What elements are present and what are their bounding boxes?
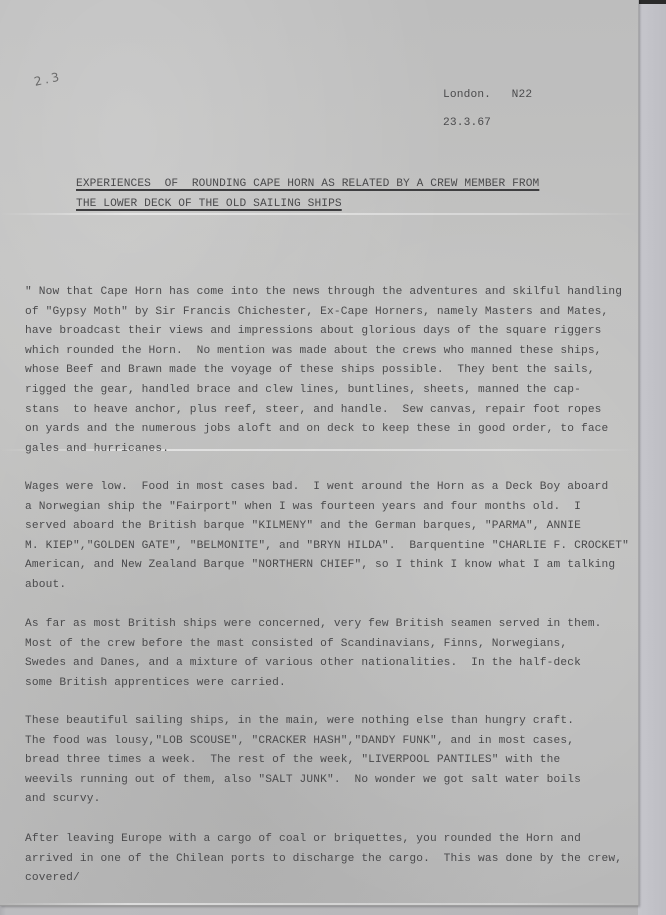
text-line: of "Gypsy Moth" by Sir Francis Chicheste… bbox=[25, 303, 615, 323]
title-line: THE LOWER DECK OF THE OLD SAILING SHIPS bbox=[76, 194, 539, 214]
text-line: some British apprentices were carried. bbox=[25, 674, 615, 694]
document-title: EXPERIENCES OF ROUNDING CAPE HORN AS REL… bbox=[76, 174, 539, 214]
text-line: Most of the crew before the mast consist… bbox=[25, 635, 615, 655]
text-line: After leaving Europe with a cargo of coa… bbox=[25, 830, 615, 850]
text-line: and scurvy. bbox=[25, 790, 615, 810]
text-line: about. bbox=[25, 576, 615, 596]
sender-location: London. N22 bbox=[443, 89, 532, 101]
paragraph-crew-nationalities: As far as most British ships were concer… bbox=[25, 615, 615, 693]
text-line: covered/ bbox=[25, 869, 615, 889]
text-line: bread three times a week. The rest of th… bbox=[25, 751, 615, 771]
text-line: American, and New Zealand Barque "NORTHE… bbox=[25, 556, 615, 576]
paragraph-intro: " Now that Cape Horn has come into the n… bbox=[25, 283, 615, 459]
scanner-corner-shadow bbox=[636, 0, 666, 4]
paragraph-food: These beautiful sailing ships, in the ma… bbox=[25, 712, 615, 810]
text-line: served aboard the British barque "KILMEN… bbox=[25, 517, 615, 537]
text-line: The food was lousy,"LOB SCOUSE", "CRACKE… bbox=[25, 732, 615, 752]
text-line: a Norwegian ship the "Fairport" when I w… bbox=[25, 498, 615, 518]
title-line: EXPERIENCES OF ROUNDING CAPE HORN AS REL… bbox=[76, 174, 539, 194]
scanner-bed-edge bbox=[638, 0, 666, 915]
paragraph-wages-and-ships: Wages were low. Food in most cases bad. … bbox=[25, 478, 615, 596]
text-line: have broadcast their views and impressio… bbox=[25, 322, 615, 342]
text-line: As far as most British ships were concer… bbox=[25, 615, 615, 635]
text-line: rigged the gear, handled brace and clew … bbox=[25, 381, 615, 401]
text-line: gales and hurricanes. bbox=[25, 440, 615, 460]
text-line: M. KIEP","GOLDEN GATE", "BELMONITE", and… bbox=[25, 537, 615, 557]
text-line: stans to heave anchor, plus reef, steer,… bbox=[25, 401, 615, 421]
text-line: These beautiful sailing ships, in the ma… bbox=[25, 712, 615, 732]
text-line: which rounded the Horn. No mention was m… bbox=[25, 342, 615, 362]
paragraph-cargo: After leaving Europe with a cargo of coa… bbox=[25, 830, 615, 889]
text-line: Wages were low. Food in most cases bad. … bbox=[25, 478, 615, 498]
handwritten-page-mark: 2.3 bbox=[33, 69, 63, 89]
text-line: " Now that Cape Horn has come into the n… bbox=[25, 283, 615, 303]
text-line: whose Beef and Brawn made the voyage of … bbox=[25, 361, 615, 381]
text-line: weevils running out of them, also "SALT … bbox=[25, 771, 615, 791]
text-line: on yards and the numerous jobs aloft and… bbox=[25, 420, 615, 440]
paper-fold-crease bbox=[0, 903, 638, 905]
letter-date: 23.3.67 bbox=[443, 117, 491, 129]
typewritten-page: 2.3 London. N22 23.3.67 EXPERIENCES OF R… bbox=[0, 0, 639, 906]
text-line: Swedes and Danes, and a mixture of vario… bbox=[25, 654, 615, 674]
text-line: arrived in one of the Chilean ports to d… bbox=[25, 850, 615, 870]
